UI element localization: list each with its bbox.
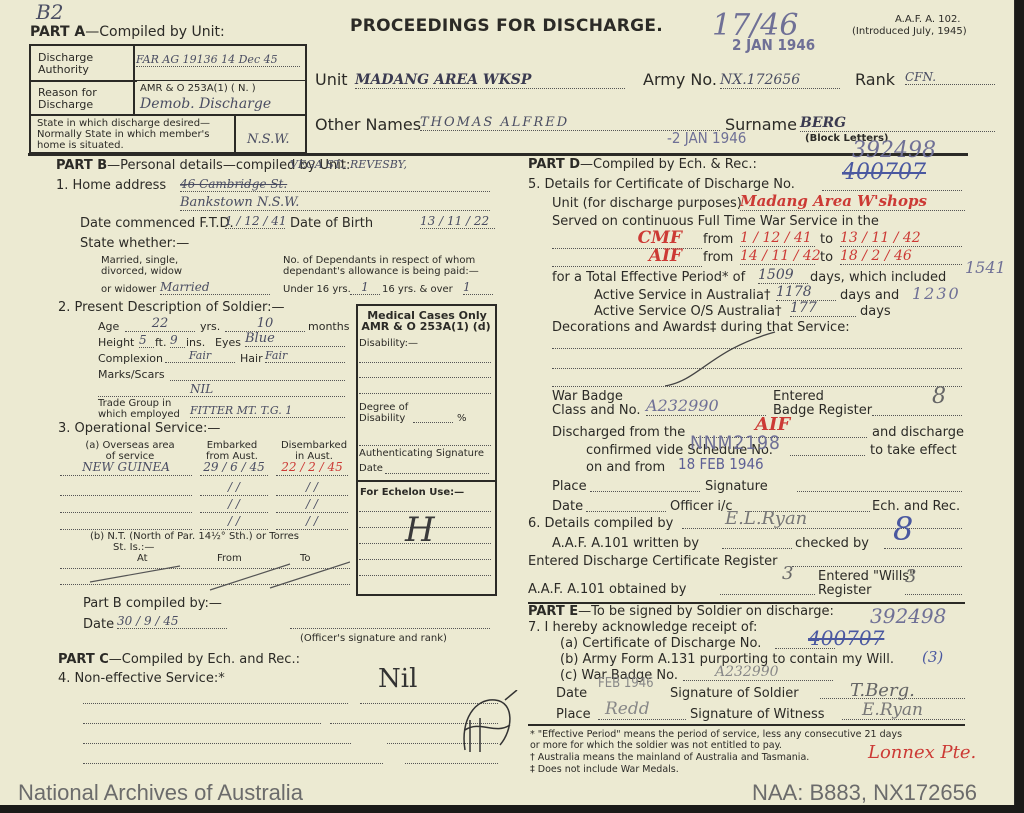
nt-label-1: (b) N.T. (North of Par. 14½° Sth.) or To… — [90, 531, 299, 542]
total-period-post: days, which included — [810, 270, 946, 285]
hair-value: Fair — [265, 349, 345, 363]
complexion-label: Complexion — [98, 352, 163, 365]
embarked-cell: / / — [200, 514, 268, 530]
signature-label: Signature — [705, 479, 768, 494]
entered-badge-label-1: Entered — [773, 389, 824, 404]
as-os-value: 177 — [790, 300, 856, 317]
reason-value: Demob. Discharge — [140, 96, 271, 112]
footnote-australia: † Australia means the mainland of Austra… — [530, 752, 809, 763]
corner-note: B2 — [36, 0, 63, 24]
as-aus-margin-note: 1230 — [912, 284, 961, 303]
height-label: Height — [98, 336, 134, 349]
disembarked-cell: 22 / 2 / 45 — [276, 460, 348, 476]
col-area-header: (a) Overseas area of service — [80, 440, 180, 462]
trade-label-1: Trade Group in — [98, 398, 171, 409]
degree-label-2: Disability — [359, 413, 405, 424]
archive-reference: NAA: B883, NX172656 — [752, 780, 977, 806]
non-effective-label: 4. Non-effective Service:* — [58, 671, 225, 686]
age-months: 10 — [225, 316, 305, 332]
dependants-label-2: dependant's allowance is being paid:— — [283, 266, 479, 277]
entered-wills-label: Entered "Wills"Register — [818, 570, 915, 598]
eyes-value: Blue — [245, 331, 345, 347]
height-in: 9 — [170, 333, 185, 348]
unit-value: MADANG AREA WKSP — [355, 72, 625, 89]
surname-value: BERG — [800, 115, 995, 132]
disembarked-cell: / / — [276, 497, 348, 513]
entered-wills-value: 3 — [905, 566, 916, 587]
entered-badge-value: 8 — [932, 384, 946, 409]
home-address-line2: Bankstown N.S.W. — [180, 195, 490, 211]
footnote-effective-period-1: * "Effective Period" means the period of… — [530, 729, 902, 740]
yrs-label: yrs. — [200, 320, 220, 333]
marks-value: NIL — [98, 382, 345, 397]
footnote-effective-period-2: or more for which the soldier was not en… — [530, 740, 782, 751]
nt-label-2: St. Is.:— — [113, 542, 154, 553]
schedule-stamp: NNM2198 — [690, 432, 781, 454]
entered-wills-label-1: Entered "Wills" — [818, 569, 915, 584]
embarked-cell: / / — [200, 480, 268, 496]
officer-signature-label: (Officer's signature and rank) — [300, 633, 447, 644]
age-years: 22 — [125, 316, 195, 332]
ech-rec-label: Ech. and Rec. — [872, 499, 960, 514]
from-label: from — [703, 232, 733, 247]
part-d-heading-bold: PART D — [528, 157, 580, 172]
part-a-heading-bold: PART A — [30, 24, 85, 40]
state-whether-label: State whether:— — [80, 236, 189, 251]
witness-signature-value: E.Ryan — [862, 700, 923, 720]
total-pre: for a Total Effective Period* of — [552, 270, 745, 285]
from-label: from — [703, 250, 733, 265]
nt-strikethrough-marks — [60, 560, 350, 592]
form-intro: (Introduced July, 1945) — [852, 26, 967, 37]
embarked-cell: 29 / 6 / 45 — [200, 460, 268, 476]
overseas-area-cell — [60, 497, 192, 513]
date-stamp: -2 JAN 1946 — [667, 129, 746, 147]
war-badge-value: A232990 — [646, 396, 766, 416]
discharge-form: B2 PART A—Compiled by Unit: PROCEEDINGS … — [0, 0, 1015, 805]
other-names-label: Other Names — [315, 115, 421, 134]
army-no-label: Army No. — [643, 70, 717, 89]
service-from: 14 / 11 / 42 — [740, 248, 815, 265]
officer-ic-label: Officer i/c — [670, 499, 733, 514]
service-to: 18 / 2 / 46 — [840, 248, 962, 265]
details-compiled-value: E.L.Ryan — [725, 508, 807, 529]
as-os-label: Active Service O/S Australia† — [594, 304, 782, 319]
entered-cert-register-value: 3 — [782, 563, 793, 584]
entered-cert-register-label: Entered Discharge Certificate Register — [528, 554, 777, 569]
part-e-heading: PART E—To be signed by Soldier on discha… — [528, 604, 834, 619]
entered-wills-label-2: Register — [818, 583, 872, 598]
auth-signature-label: Authenticating Signature — [359, 448, 484, 459]
ins-label: ins. — [186, 336, 205, 349]
height-ft: 5 — [139, 333, 154, 348]
part-e-place-label: Place — [556, 707, 591, 722]
part-a-heading-rest: —Compiled by Unit: — [85, 24, 224, 40]
item-b-mark: (3) — [922, 648, 943, 666]
item-c-value: A232990 — [715, 664, 779, 680]
unit-label: Unit — [315, 70, 348, 89]
total-period-value: 1509 — [758, 267, 808, 284]
decorations-strike-line — [660, 330, 780, 390]
overseas-area-cell — [60, 514, 192, 530]
place-label: Place — [552, 479, 587, 494]
take-effect-label: to take effect — [870, 443, 957, 458]
marital-label-1: Married, single, — [101, 255, 178, 266]
reason-printed: AMR & O 253A(1) ( N. ) — [140, 83, 256, 94]
as-os-post: days — [860, 304, 891, 319]
part-d-heading: PART D—Compiled by Ech. & Rec.: — [528, 157, 757, 172]
total-margin-note: 1541 — [965, 258, 1006, 277]
over16-label: 16 yrs. & over — [382, 284, 453, 295]
war-badge-label: War BadgeClass and No. — [552, 390, 641, 418]
under16-value: 1 — [350, 280, 380, 295]
received-stamp: 2 JAN 1946 — [732, 36, 815, 54]
home-address-line1: 46 Cambridge St. — [180, 177, 490, 192]
army-no-value: NX.172656 — [720, 72, 840, 89]
war-badge-label-1: War Badge — [552, 389, 623, 404]
part-b-date-value: 30 / 9 / 45 — [117, 614, 227, 629]
disembarked-cell: / / — [276, 480, 348, 496]
part-e-cert-no-struck: 400707 — [808, 626, 884, 650]
percent-sign: % — [457, 413, 467, 424]
marital-label-3: or widower — [101, 284, 156, 295]
unit-discharge-value: Madang Area W'shops — [740, 192, 965, 211]
description-label: 2. Present Description of Soldier:— — [58, 300, 284, 315]
war-badge-label-2: Class and No. — [552, 403, 641, 418]
ftd-value: 1 / 12 / 41 — [225, 214, 285, 229]
over16-value: 1 — [463, 280, 493, 295]
marital-value: Married — [160, 280, 270, 295]
hair-label: Hair — [240, 352, 263, 365]
part-b-heading-bold: PART B — [56, 158, 107, 173]
embarked-cell: / / — [200, 497, 268, 513]
part-e-heading-rest: —To be signed by Soldier on discharge: — [578, 604, 834, 619]
echelon-use-label: For Echelon Use:— — [360, 487, 464, 498]
part-e-date-stamp: FEB 1946 — [598, 676, 654, 691]
part-c-heading-rest: —Compiled by Ech. and Rec.: — [109, 652, 300, 667]
echelon-initial: H — [405, 510, 435, 550]
marital-label-2: divorced, widow — [101, 266, 182, 277]
officer-signature-scribble — [455, 690, 525, 760]
complexion-value: Fair — [165, 349, 235, 363]
as-aus-label: Active Service in Australia† — [594, 288, 771, 303]
address-added: VEGA ST., REVESBY, — [290, 158, 407, 171]
aaf-obtained-label: A.A.F. A.101 obtained by — [528, 582, 686, 597]
operational-service-label: 3. Operational Service:— — [58, 421, 220, 436]
medical-date-label: Date — [359, 463, 383, 474]
archive-watermark: National Archives of Australia — [18, 780, 303, 806]
rank-value: CFN. — [905, 70, 995, 85]
degree-label-1: Degree of — [359, 402, 408, 413]
disembarked-cell: / / — [276, 514, 348, 530]
part-b-compiled-label: Part B compiled by:— — [83, 596, 222, 611]
disability-label: Disability:— — [359, 338, 418, 349]
reason-label: Reason for Discharge — [38, 87, 108, 111]
age-label: Age — [98, 320, 119, 333]
state-value: N.S.W. — [247, 132, 289, 147]
soldier-signature-value: T.Berg. — [850, 680, 915, 701]
to-label: to — [820, 250, 833, 265]
checked-by-value: 8 — [893, 510, 913, 548]
officer-date-label: Date — [552, 499, 583, 514]
checked-by-label: checked by — [795, 536, 869, 551]
trade-value: FITTER MT. T.G. 1 — [190, 404, 345, 418]
part-c-heading-bold: PART C — [58, 652, 109, 667]
page-title: PROCEEDINGS FOR DISCHARGE. — [350, 16, 663, 36]
eyes-label: Eyes — [215, 336, 241, 349]
overseas-area-cell: NEW GUINEA — [60, 460, 192, 476]
ftd-label: Date commenced F.T.D. — [80, 216, 234, 231]
col-disembarked-header: Disembarked in Aust. — [278, 440, 350, 462]
item-a-label: (a) Certificate of Discharge No. — [560, 636, 761, 651]
acknowledge-label: 7. I hereby acknowledge receipt of: — [528, 620, 757, 635]
form-id: A.A.F. A. 102. — [895, 14, 960, 25]
aaf-written-label: A.A.F. A.101 written by — [552, 536, 699, 551]
ft-label: ft. — [155, 336, 167, 349]
part-e-place-value: Redd — [605, 699, 650, 719]
col-embarked-header: Embarked from Aust. — [200, 440, 264, 462]
part-e-heading-bold: PART E — [528, 604, 578, 619]
under16-label: Under 16 yrs. — [283, 284, 351, 295]
cert-label: 5. Details for Certificate of Discharge … — [528, 177, 795, 192]
footnote-war-medals: ‡ Does not include War Medals. — [530, 764, 679, 775]
part-b-date-label: Date — [83, 617, 114, 632]
discharge-authority-label: Discharge Authority — [38, 52, 108, 76]
as-aus-value: 1178 — [776, 284, 836, 301]
unit-discharge-label: Unit (for discharge purposes) — [552, 196, 742, 211]
witness-signature-label: Signature of Witness — [690, 707, 825, 722]
marks-label: Marks/Scars — [98, 368, 165, 381]
service-force: AIF — [552, 246, 702, 267]
cert-no-struck: 400707 — [842, 160, 926, 185]
marks-line — [170, 368, 345, 381]
soldier-signature-label: Signature of Soldier — [670, 686, 799, 701]
trade-label-2: which employed — [98, 409, 180, 420]
part-a-heading: PART A—Compiled by Unit: — [30, 24, 225, 40]
discharged-from-label: Discharged from the — [552, 425, 685, 440]
part-d-heading-rest: —Compiled by Ech. & Rec.: — [580, 157, 757, 172]
served-label: Served on continuous Full Time War Servi… — [552, 214, 879, 229]
red-handwritten-note: Lonnex Pte. — [868, 742, 976, 763]
home-address-label: 1. Home address — [56, 178, 166, 193]
part-c-heading: PART C—Compiled by Ech. and Rec.: — [58, 652, 300, 667]
dependants-label-1: No. of Dependants in respect of whom — [283, 255, 475, 266]
dob-label: Date of Birth — [290, 216, 373, 231]
dob-value: 13 / 11 / 22 — [420, 214, 495, 229]
and-discharge-label: and discharge — [872, 425, 964, 440]
part-e-date-label: Date — [556, 686, 587, 701]
overseas-area-cell — [60, 480, 192, 496]
service-to: 13 / 11 / 42 — [840, 230, 962, 247]
effect-date-stamp: 18 FEB 1946 — [678, 455, 764, 473]
part-e-cert-no-handwritten: 392498 — [870, 604, 946, 628]
details-compiled-label: 6. Details compiled by — [528, 516, 673, 531]
to-label: to — [820, 232, 833, 247]
service-from: 1 / 12 / 41 — [740, 230, 815, 247]
discharge-authority-value: FAR AG 19136 14 Dec 45 — [136, 53, 300, 67]
rank-label: Rank — [855, 70, 895, 89]
total-period-label: for a Total Effective Period* of — [552, 270, 745, 285]
medical-title-2: AMR & O 253A(1) (d) — [358, 320, 494, 333]
on-and-from-label: on and from — [586, 460, 665, 475]
state-label: State in which discharge desired— Normal… — [37, 118, 232, 151]
non-effective-value: Nil — [378, 664, 417, 694]
